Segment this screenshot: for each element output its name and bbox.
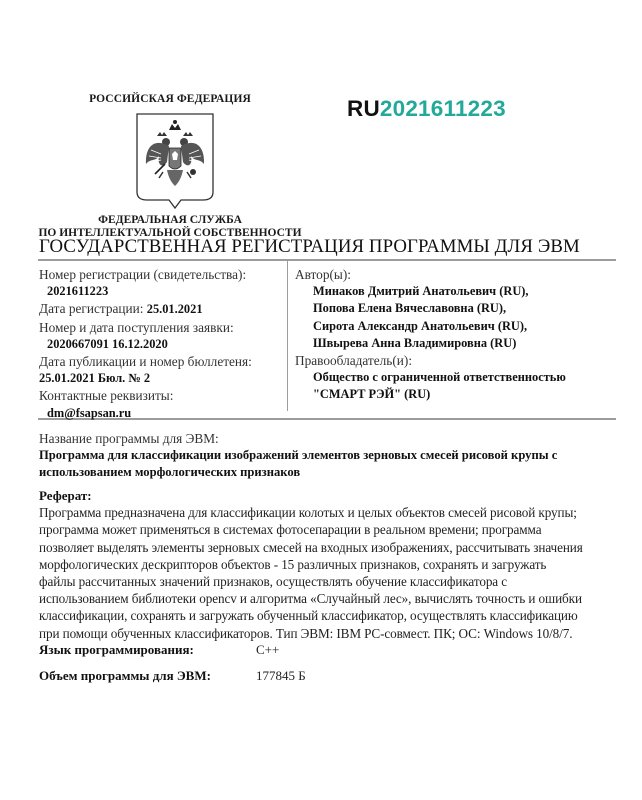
country-name: РОССИЙСКАЯ ФЕДЕРАЦИЯ [0, 93, 340, 105]
patent-country-code: RU [347, 96, 380, 121]
abstract-line: классификации, сохранять и загружать обу… [39, 607, 614, 624]
author-item: Попова Елена Вячеславовна (RU), [295, 300, 615, 317]
authors-label: Автор(ы): [295, 266, 615, 283]
abstract-line: файлы рассчитанных значений признаков, о… [39, 573, 614, 590]
publication-label: Дата публикации и номер бюллетеня: [39, 353, 283, 370]
abstract-line: позволяет выделять элементы зерновых сме… [39, 539, 614, 556]
holder-line: "СМАРТ РЭЙ" (RU) [295, 386, 615, 403]
holder-line: Общество с ограниченной ответственностью [295, 369, 615, 386]
abstract-label: Реферат: [39, 487, 614, 504]
document-title: ГОСУДАРСТВЕННАЯ РЕГИСТРАЦИЯ ПРОГРАММЫ ДЛ… [39, 236, 580, 258]
top-divider [38, 259, 616, 261]
size-value: 177845 Б [256, 668, 306, 684]
reg-number-label: Номер регистрации (свидетельства): [39, 266, 283, 283]
abstract-line: использованием библиотеки opencv и алгор… [39, 590, 614, 607]
abstract-text: Программа предназначена для классификаци… [39, 504, 614, 642]
patent-number-value: 2021611223 [380, 96, 506, 121]
program-name-label: Название программы для ЭВМ: [39, 430, 614, 447]
author-item: Минаков Дмитрий Анатольевич (RU), [295, 283, 615, 300]
abstract-section: Реферат: Программа предназначена для кла… [39, 487, 614, 642]
size-label: Объем программы для ЭВМ: [39, 668, 211, 684]
program-name-line-1: Программа для классификации изображений … [39, 447, 614, 464]
application-label: Номер и дата поступления заявки: [39, 319, 283, 336]
abstract-line: морфологических дескрипторов объектов - … [39, 556, 614, 573]
abstract-line: Программа предназначена для классификаци… [39, 504, 614, 521]
abstract-line: программа может применяться в системах ф… [39, 521, 614, 538]
publication-value: 25.01.2021 Бюл. № 2 [39, 370, 283, 387]
contacts-email[interactable]: dm@fsapsan.ru [39, 405, 283, 422]
holders-label: Правообладатель(и): [295, 352, 615, 369]
column-divider [287, 261, 288, 411]
author-item: Швырева Анна Владимировна (RU) [295, 335, 615, 352]
authors-info: Автор(ы): Минаков Дмитрий Анатольевич (R… [295, 266, 615, 404]
registration-info: Номер регистрации (свидетельства): 20216… [39, 266, 283, 422]
agency-line-1: ФЕДЕРАЛЬНАЯ СЛУЖБА [0, 214, 340, 227]
application-value: 2020667091 16.12.2020 [39, 336, 283, 353]
contacts-label: Контактные реквизиты: [39, 387, 283, 404]
reg-date-label: Дата регистрации: [39, 301, 143, 316]
abstract-line: при помощи обученных классификаторов. Ти… [39, 625, 614, 642]
russian-coat-of-arms-icon [133, 112, 217, 212]
language-value: C++ [256, 642, 279, 658]
program-name-section: Название программы для ЭВМ: Программа дл… [39, 430, 614, 482]
author-item: Сирота Александр Анатольевич (RU), [295, 318, 615, 335]
patent-number: RU2021611223 [347, 96, 506, 122]
language-label: Язык программирования: [39, 642, 194, 658]
reg-date-value: 25.01.2021 [147, 302, 203, 316]
program-name-line-2: использованием морфологических признаков [39, 464, 614, 481]
reg-number-value: 2021611223 [39, 283, 283, 300]
